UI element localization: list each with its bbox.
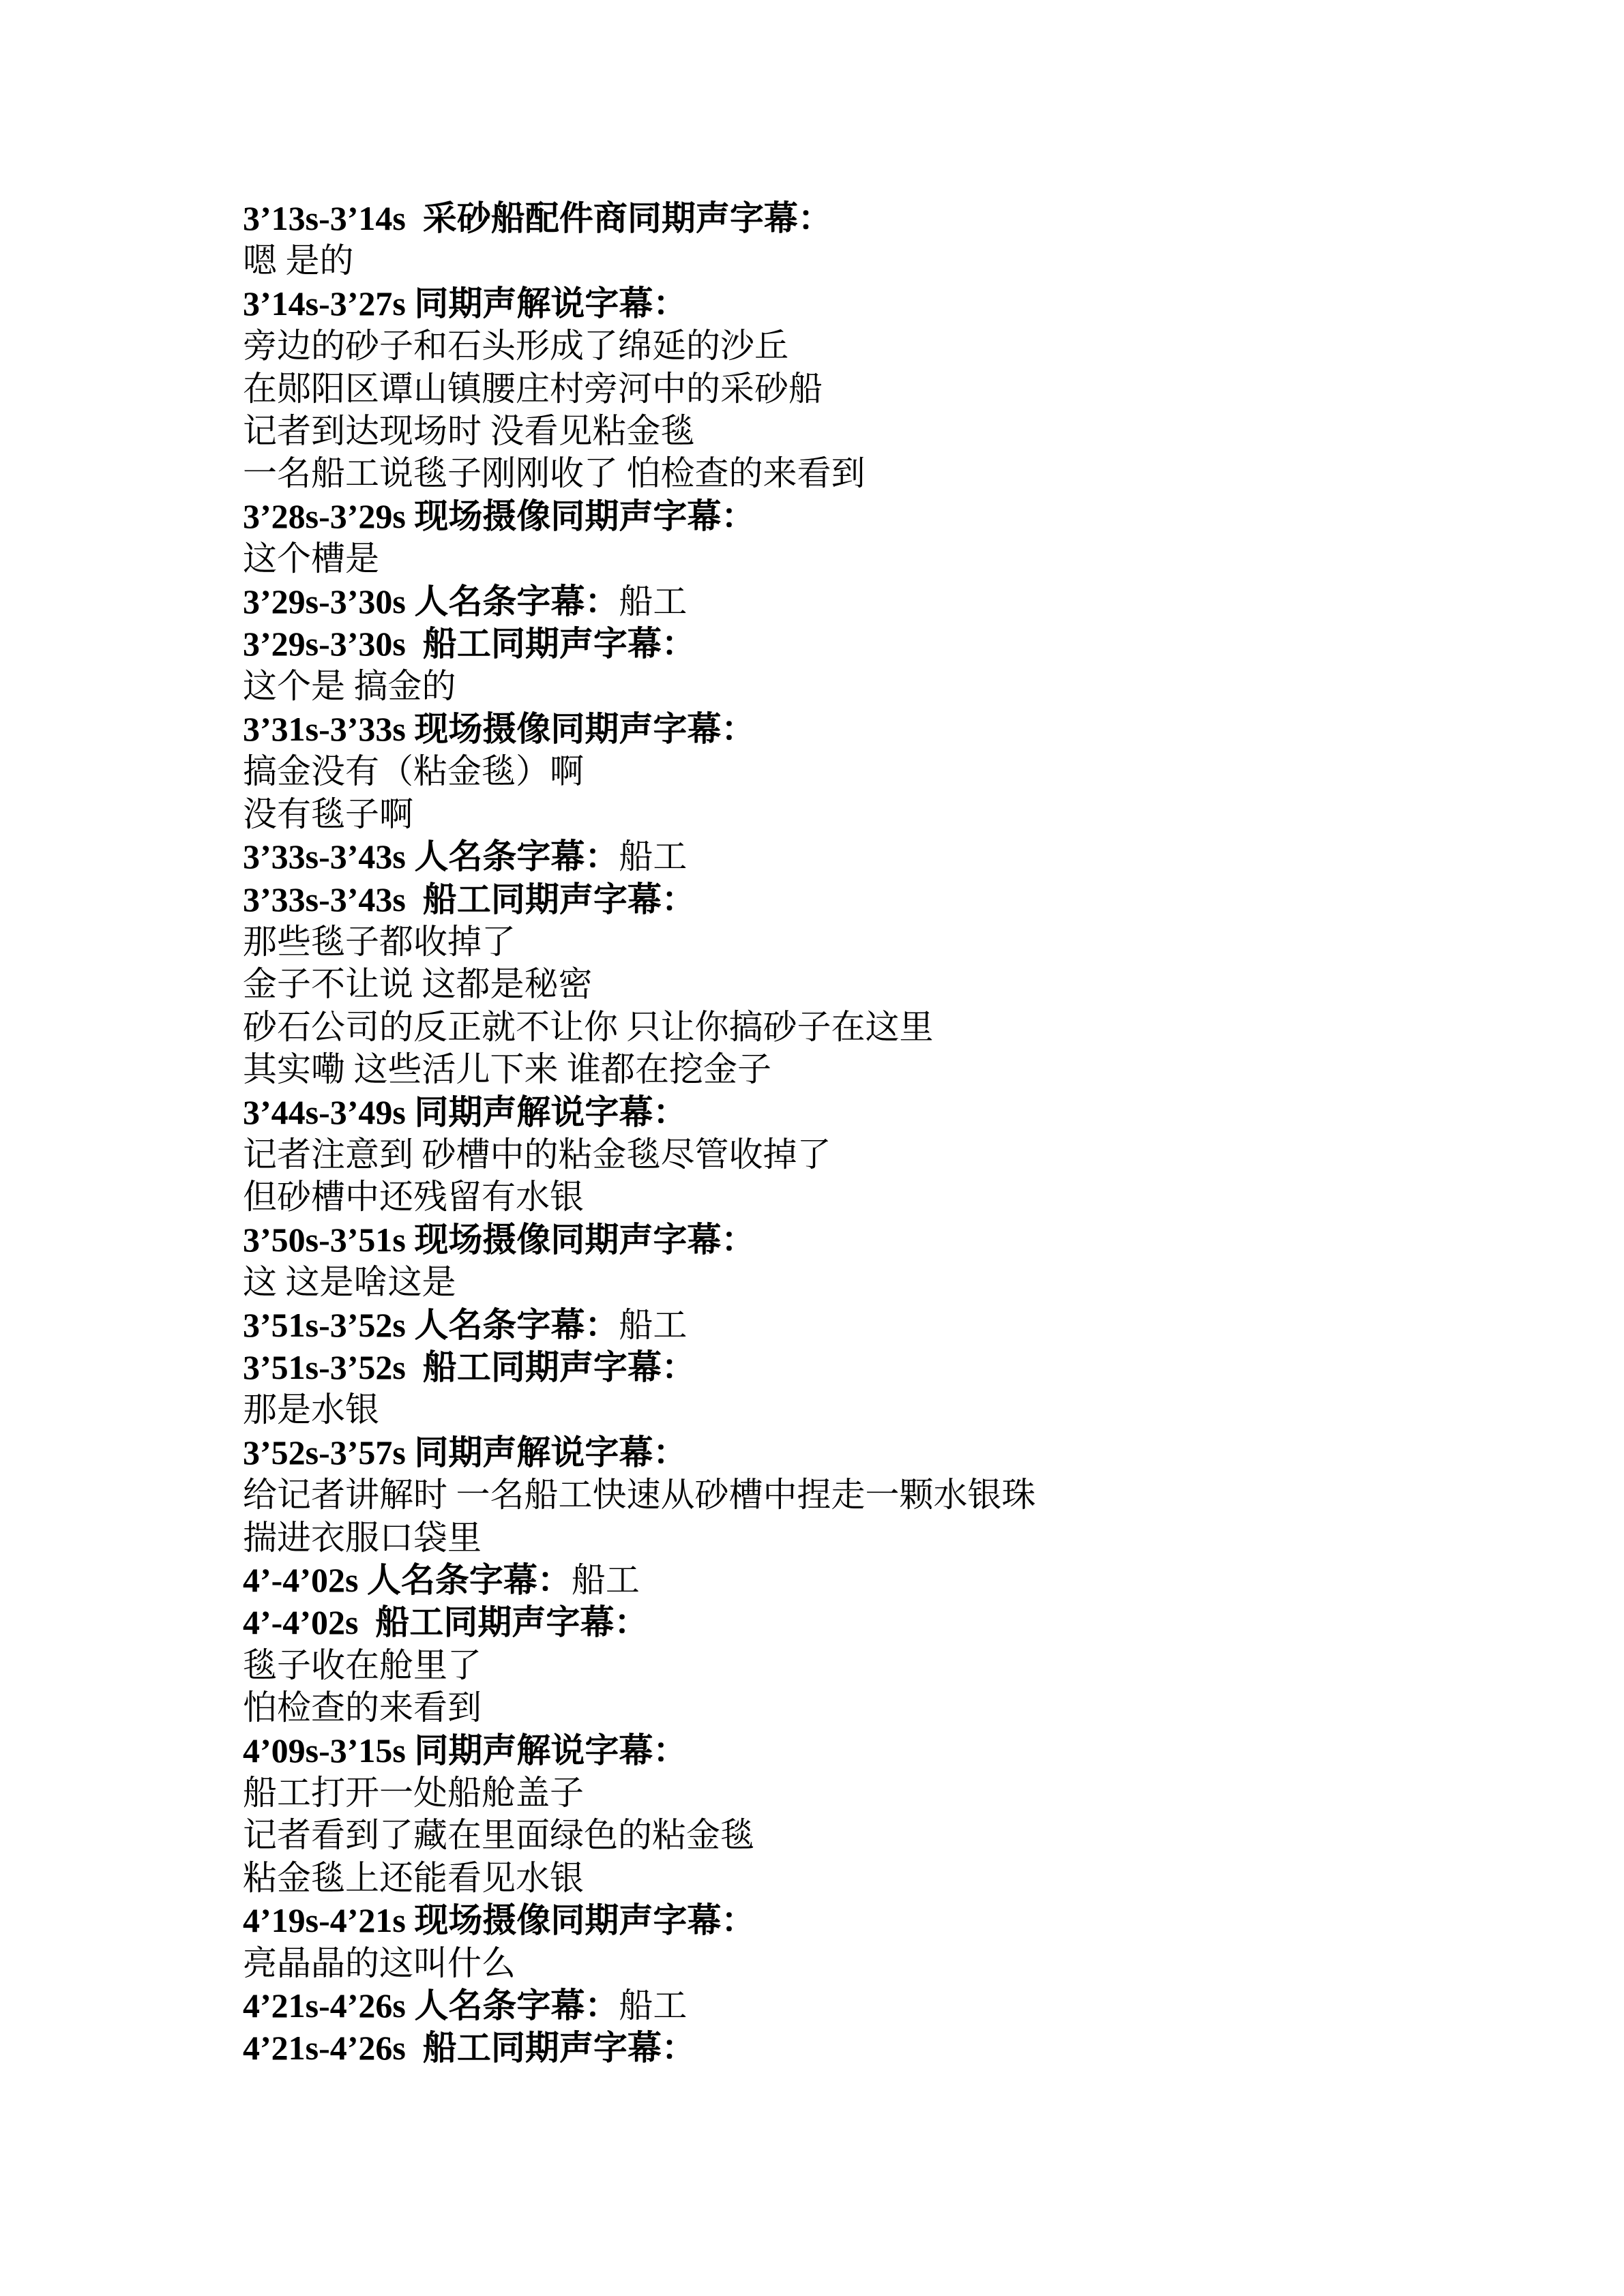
text-segment: 这个槽是 [243, 539, 379, 578]
dialogue-line: 粘金毯上还能看见水银 [243, 1857, 1457, 1899]
text-segment: 亮晶晶的这叫什么 [243, 1944, 516, 1982]
text-segment: 给记者讲解时 一名船工快速从砂槽中捏走一颗水银珠 [243, 1476, 1036, 1514]
text-segment: 在郧阳区谭山镇腰庄村旁河中的采砂船 [243, 370, 823, 408]
timestamp-header-line: 4’-4’02s 人名条字幕：船工 [243, 1559, 1457, 1601]
dialogue-line: 在郧阳区谭山镇腰庄村旁河中的采砂船 [243, 368, 1457, 410]
timestamp-label-segment: 4’21s-4’26s 船工同期声字幕： [243, 2029, 696, 2067]
timestamp-header-line: 4’09s-3’15s 同期声解说字幕： [243, 1729, 1457, 1772]
text-segment: 粘金毯上还能看见水银 [243, 1859, 584, 1897]
timestamp-header-line: 4’-4’02s 船工同期声字幕： [243, 1601, 1457, 1643]
timestamp-label-segment: 4’09s-3’15s 同期声解说字幕： [243, 1731, 687, 1770]
timestamp-header-line: 3’52s-3’57s 同期声解说字幕： [243, 1431, 1457, 1474]
timestamp-header-line: 3’51s-3’52s 船工同期声字幕： [243, 1346, 1457, 1388]
dialogue-line: 但砂槽中还残留有水银 [243, 1176, 1457, 1218]
text-segment: 这个是 搞金的 [243, 667, 456, 705]
timestamp-label-segment: 4’-4’02s 船工同期声字幕： [243, 1603, 648, 1641]
text-segment: 这 这是啥这是 [243, 1263, 456, 1301]
text-segment: 但砂槽中还残留有水银 [243, 1178, 584, 1216]
timestamp-label-segment: 3’31s-3’33s 现场摄像同期声字幕： [243, 710, 755, 748]
text-segment: 嗯 是的 [243, 241, 354, 280]
timestamp-header-line: 3’28s-3’29s 现场摄像同期声字幕： [243, 495, 1457, 537]
timestamp-label-segment: 3’33s-3’43s 船工同期声字幕： [243, 880, 696, 919]
text-segment: 砂石公司的反正就不让你 只让你搞砂子在这里 [243, 1008, 934, 1046]
text-segment: 船工 [619, 1986, 687, 2025]
timestamp-header-line: 3’44s-3’49s 同期声解说字幕： [243, 1091, 1457, 1133]
timestamp-label-segment: 3’29s-3’30s 船工同期声字幕： [243, 625, 696, 663]
text-segment: 旁边的砂子和石头形成了绵延的沙丘 [243, 327, 788, 365]
timestamp-label-segment: 3’33s-3’43s 人名条字幕： [243, 837, 619, 876]
dialogue-line: 一名船工说毯子刚刚收了 怕检查的来看到 [243, 452, 1457, 494]
text-segment: 金子不让说 这都是秘密 [243, 965, 593, 1003]
dialogue-line: 怕检查的来看到 [243, 1686, 1457, 1729]
timestamp-label-segment: 3’44s-3’49s 同期声解说字幕： [243, 1093, 687, 1131]
document-page: 3’13s-3’14s 采砂船配件商同期声字幕：嗯 是的3’14s-3’27s … [0, 0, 1624, 2296]
timestamp-header-line: 3’50s-3’51s 现场摄像同期声字幕： [243, 1219, 1457, 1261]
dialogue-line: 记者到达现场时 没看见粘金毯 [243, 410, 1457, 452]
text-segment: 船工 [619, 1306, 687, 1344]
text-segment: 记者到达现场时 没看见粘金毯 [243, 412, 695, 450]
timestamp-header-line: 4’21s-4’26s 人名条字幕：船工 [243, 1984, 1457, 2027]
dialogue-line: 金子不让说 这都是秘密 [243, 963, 1457, 1005]
timestamp-header-line: 3’51s-3’52s 人名条字幕：船工 [243, 1304, 1457, 1346]
dialogue-line: 船工打开一处船舱盖子 [243, 1772, 1457, 1814]
text-segment: 记者注意到 砂槽中的粘金毯尽管收掉了 [243, 1135, 831, 1174]
timestamp-header-line: 4’19s-4’21s 现场摄像同期声字幕： [243, 1899, 1457, 1941]
text-segment: 那些毯子都收掉了 [243, 923, 516, 961]
dialogue-line: 这个是 搞金的 [243, 665, 1457, 707]
text-segment: 搞金没有（粘金毯）啊 [243, 752, 584, 790]
timestamp-header-line: 3’14s-3’27s 同期声解说字幕： [243, 282, 1457, 325]
dialogue-line: 那是水银 [243, 1388, 1457, 1431]
text-segment: 一名船工说毯子刚刚收了 怕检查的来看到 [243, 454, 866, 492]
text-segment: 没有毯子啊 [243, 795, 413, 833]
timestamp-label-segment: 4’21s-4’26s 人名条字幕： [243, 1986, 619, 2025]
text-segment: 毯子收在舱里了 [243, 1646, 482, 1684]
timestamp-label-segment: 4’19s-4’21s 现场摄像同期声字幕： [243, 1901, 755, 1939]
text-segment: 其实嘞 这些活儿下来 谁都在挖金子 [243, 1050, 771, 1088]
dialogue-line: 揣进衣服口袋里 [243, 1517, 1457, 1559]
text-segment: 船工打开一处船舱盖子 [243, 1774, 584, 1812]
timestamp-label-segment: 3’50s-3’51s 现场摄像同期声字幕： [243, 1221, 755, 1259]
timestamp-header-line: 3’13s-3’14s 采砂船配件商同期声字幕： [243, 197, 1457, 239]
text-segment: 记者看到了藏在里面绿色的粘金毯 [243, 1816, 754, 1854]
dialogue-line: 给记者讲解时 一名船工快速从砂槽中捏走一颗水银珠 [243, 1474, 1457, 1516]
timestamp-label-segment: 3’14s-3’27s 同期声解说字幕： [243, 284, 687, 323]
dialogue-line: 嗯 是的 [243, 239, 1457, 282]
timestamp-label-segment: 4’-4’02s 人名条字幕： [243, 1561, 572, 1599]
dialogue-line: 这 这是啥这是 [243, 1261, 1457, 1303]
timestamp-header-line: 3’31s-3’33s 现场摄像同期声字幕： [243, 708, 1457, 750]
dialogue-line: 记者看到了藏在里面绿色的粘金毯 [243, 1814, 1457, 1856]
timestamp-header-line: 3’29s-3’30s 人名条字幕：船工 [243, 580, 1457, 623]
timestamp-header-line: 3’29s-3’30s 船工同期声字幕： [243, 623, 1457, 665]
timestamp-label-segment: 3’51s-3’52s 船工同期声字幕： [243, 1348, 696, 1386]
timestamp-label-segment: 3’52s-3’57s 同期声解说字幕： [243, 1433, 687, 1472]
dialogue-line: 砂石公司的反正就不让你 只让你搞砂子在这里 [243, 1006, 1457, 1048]
transcript: 3’13s-3’14s 采砂船配件商同期声字幕：嗯 是的3’14s-3’27s … [243, 197, 1457, 2070]
dialogue-line: 那些毯子都收掉了 [243, 921, 1457, 963]
dialogue-line: 记者注意到 砂槽中的粘金毯尽管收掉了 [243, 1133, 1457, 1176]
timestamp-header-line: 3’33s-3’43s 人名条字幕：船工 [243, 835, 1457, 878]
timestamp-header-line: 3’33s-3’43s 船工同期声字幕： [243, 878, 1457, 921]
timestamp-label-segment: 3’29s-3’30s 人名条字幕： [243, 582, 619, 621]
timestamp-label-segment: 3’13s-3’14s 采砂船配件商同期声字幕： [243, 199, 832, 237]
dialogue-line: 搞金没有（粘金毯）啊 [243, 750, 1457, 792]
text-segment: 船工 [619, 837, 687, 876]
text-segment: 怕检查的来看到 [243, 1688, 482, 1727]
timestamp-header-line: 4’21s-4’26s 船工同期声字幕： [243, 2027, 1457, 2069]
text-segment: 揣进衣服口袋里 [243, 1519, 482, 1557]
dialogue-line: 亮晶晶的这叫什么 [243, 1942, 1457, 1984]
timestamp-label-segment: 3’51s-3’52s 人名条字幕： [243, 1306, 619, 1344]
text-segment: 船工 [572, 1561, 640, 1599]
dialogue-line: 旁边的砂子和石头形成了绵延的沙丘 [243, 325, 1457, 367]
dialogue-line: 这个槽是 [243, 537, 1457, 580]
dialogue-line: 其实嘞 这些活儿下来 谁都在挖金子 [243, 1048, 1457, 1090]
text-segment: 船工 [619, 582, 687, 621]
timestamp-label-segment: 3’28s-3’29s 现场摄像同期声字幕： [243, 497, 755, 535]
dialogue-line: 毯子收在舱里了 [243, 1644, 1457, 1686]
dialogue-line: 没有毯子啊 [243, 793, 1457, 835]
text-segment: 那是水银 [243, 1390, 379, 1429]
